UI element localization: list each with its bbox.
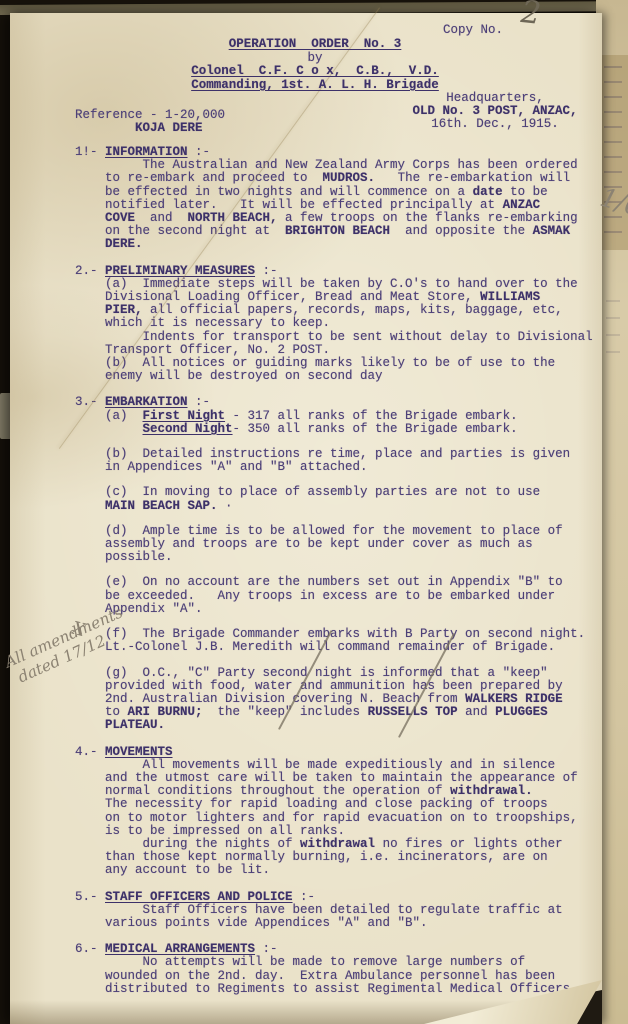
handwritten-copy-number: 2 xyxy=(520,6,541,21)
bold-text: ANZAC xyxy=(503,198,541,212)
text-segment: be exceeded. Any troops in excess are to… xyxy=(105,589,555,603)
typewritten-line: possible. xyxy=(105,551,585,564)
text-segment: on to motor lighters and for rapid evacu… xyxy=(105,811,578,825)
bold-text: PLUGGES xyxy=(495,705,548,719)
text-segment: in Appendices "A" and "B" attached. xyxy=(105,460,368,474)
headquarters-line: 16th. Dec., 1915. xyxy=(402,118,588,131)
underlined-text: MOVEMENTS xyxy=(105,745,173,759)
document-title: OPERATION ORDER No. 3 xyxy=(158,38,472,52)
order-section: 3.-EMBARKATION :-(a) First Night - 317 a… xyxy=(75,396,588,732)
text-segment: (c) In moving to place of assembly parti… xyxy=(105,485,540,499)
bold-text: PIER, xyxy=(105,303,143,317)
order-section: 5.-STAFF OFFICERS AND POLICE :- Staff Of… xyxy=(75,891,588,931)
text-segment: which it is necessary to keep. xyxy=(105,316,330,330)
text-segment: (d) Ample time is to be allowed for the … xyxy=(105,524,563,538)
officer-command: Commanding, 1st. A. L. H. Brigade xyxy=(158,79,472,93)
section-content: MOVEMENTS All movements will be made exp… xyxy=(105,746,578,878)
bold-text: DERE. xyxy=(105,237,143,251)
text-segment: (a) xyxy=(105,409,143,423)
byline: by xyxy=(158,52,472,66)
text-segment: enemy will be destroyed on second day xyxy=(105,369,383,383)
bold-text: withdrawal. xyxy=(450,784,533,798)
order-section: 4.-MOVEMENTS All movements will be made … xyxy=(75,746,588,878)
bold-text: NORTH BEACH, xyxy=(188,211,278,225)
typewritten-line: Second Night- 350 all ranks of the Briga… xyxy=(105,423,585,436)
text-segment: No attempts will be made to remove large… xyxy=(105,955,525,969)
section-number: 6.- xyxy=(75,943,105,996)
text-segment: All movements will be made expeditiously… xyxy=(105,758,555,772)
text-segment: no fires or lights other xyxy=(375,837,563,851)
headquarters-block: Headquarters, OLD No. 3 POST, ANZAC, 16t… xyxy=(402,92,588,132)
text-segment: during the nights of xyxy=(105,837,300,851)
reference-block: Reference - 1-20,000 KOJA DERE xyxy=(75,109,225,135)
typewritten-line: any account to be lit. xyxy=(105,864,578,877)
text-segment: provided with food, water and ammunition… xyxy=(105,679,563,693)
text-segment: :- xyxy=(188,395,211,409)
text-segment: (b) Detailed instructions re time, place… xyxy=(105,447,570,461)
text-segment: Lt.-Colonel J.B. Meredith will command r… xyxy=(105,640,555,654)
bold-text: withdrawal xyxy=(300,837,375,851)
text-segment: :- xyxy=(293,890,316,904)
typewritten-line: Lt.-Colonel J.B. Meredith will command r… xyxy=(105,641,585,654)
text-segment: possible. xyxy=(105,550,173,564)
underlined-text: MEDICAL ARRANGEMENTS xyxy=(105,942,255,956)
text-segment: (g) O.C., "C" Party second night is info… xyxy=(105,666,548,680)
section-number: 5.- xyxy=(75,891,105,931)
text-segment: :- xyxy=(188,145,211,159)
underlined-text: INFORMATION xyxy=(105,145,188,159)
text-segment: Staff Officers have been detailed to reg… xyxy=(105,903,563,917)
order-section: 2.-PRELIMINARY MEASURES :-(a) Immediate … xyxy=(75,265,588,384)
text-segment: Divisional Loading Officer, Bread and Me… xyxy=(105,290,480,304)
photographed-document-scene: 1/6 Copy No. 2 OPERATION ORDER No. 3 by … xyxy=(0,0,628,1024)
text-segment: The Australian and New Zealand Army Corp… xyxy=(105,158,578,172)
underlined-text: PRELIMINARY MEASURES xyxy=(105,264,255,278)
text-segment: wounded on the 2nd. day. Extra Ambulance… xyxy=(105,969,555,983)
typewritten-line: enemy will be destroyed on second day xyxy=(105,370,593,383)
text-segment: normal conditions throughout the operati… xyxy=(105,784,450,798)
typewritten-line: in Appendices "A" and "B" attached. xyxy=(105,461,585,474)
order-section: 6.-MEDICAL ARRANGEMENTS :- No attempts w… xyxy=(75,943,588,996)
text-segment: a few troops on the flanks re-embarking xyxy=(278,211,578,225)
paragraph: EMBARKATION :-(a) First Night - 317 all … xyxy=(105,396,585,436)
operation-order-page: Copy No. 2 OPERATION ORDER No. 3 by Colo… xyxy=(10,13,602,1024)
typewritten-line: PLATEAU. xyxy=(105,719,585,732)
text-segment: The necessity for rapid loading and clos… xyxy=(105,797,548,811)
text-segment: assembly and troops are to be kept under… xyxy=(105,537,533,551)
section-number: 1!- xyxy=(75,146,105,252)
text-segment: to re-embark and proceed to xyxy=(105,171,323,185)
paragraph: STAFF OFFICERS AND POLICE :- Staff Offic… xyxy=(105,891,563,931)
text-segment: various points vide Appendices "A" and "… xyxy=(105,916,428,930)
text-segment: :- xyxy=(255,264,278,278)
bold-text: COVE xyxy=(105,211,135,225)
text-segment: to be xyxy=(503,185,548,199)
bold-text: ARI BURNU; xyxy=(128,705,203,719)
text-segment: distributed to Regiments to assist Regim… xyxy=(105,982,578,996)
typewritten-line: various points vide Appendices "A" and "… xyxy=(105,917,563,930)
text-segment: and xyxy=(458,705,496,719)
bold-text: PLATEAU. xyxy=(105,718,165,732)
text-segment: than those kept normally burning, i.e. i… xyxy=(105,850,548,864)
bold-text: MAIN BEACH SAP. xyxy=(105,499,218,513)
reference-map-name: KOJA DERE xyxy=(75,122,225,135)
text-segment: · xyxy=(218,499,233,513)
paragraph: MOVEMENTS All movements will be made exp… xyxy=(105,746,578,878)
order-section: 1!-INFORMATION :- The Australian and New… xyxy=(75,146,588,252)
typewritten-line: distributed to Regiments to assist Regim… xyxy=(105,983,578,996)
typewritten-line: on the second night at BRIGHTON BEACH an… xyxy=(105,225,578,238)
text-segment: and xyxy=(135,211,188,225)
paragraph: (d) Ample time is to be allowed for the … xyxy=(105,525,585,565)
paragraph: (e) On no account are the numbers set ou… xyxy=(105,576,585,616)
paragraph: MEDICAL ARRANGEMENTS :- No attempts will… xyxy=(105,943,578,996)
section-content: STAFF OFFICERS AND POLICE :- Staff Offic… xyxy=(105,891,563,931)
text-segment: (e) On no account are the numbers set ou… xyxy=(105,575,563,589)
text-segment: and the utmost care will be taken to mai… xyxy=(105,771,578,785)
text-segment: - 350 all ranks of the Brigade embark. xyxy=(233,422,518,436)
document-body: 1!-INFORMATION :- The Australian and New… xyxy=(10,146,602,996)
text-segment: The re-embarkation will xyxy=(375,171,570,185)
bold-text: MUDROS. xyxy=(323,171,376,185)
bold-text: date xyxy=(473,185,503,199)
typewritten-line: assembly and troops are to be kept under… xyxy=(105,538,585,551)
underlined-text: Second Night xyxy=(143,422,233,436)
underlying-page-faint-text xyxy=(606,300,620,360)
typewritten-line: MAIN BEACH SAP. · xyxy=(105,500,585,513)
text-segment xyxy=(105,422,143,436)
bold-text: WALKERS RIDGE xyxy=(465,692,563,706)
paragraph: (c) In moving to place of assembly parti… xyxy=(105,486,585,512)
typewritten-line: Appendix "A". xyxy=(105,603,585,616)
paragraph: (g) O.C., "C" Party second night is info… xyxy=(105,667,585,733)
text-segment: (b) All notices or guiding marks likely … xyxy=(105,356,555,370)
text-segment: 2nd. Australian Division covering N. Bea… xyxy=(105,692,465,706)
underlined-text: STAFF OFFICERS AND POLICE xyxy=(105,890,293,904)
copy-number-label: Copy No. xyxy=(443,24,503,37)
paragraph: INFORMATION :- The Australian and New Ze… xyxy=(105,146,578,252)
bold-text: WILLIAMS xyxy=(480,290,540,304)
text-segment: (f) The Brigade Commander embarks with B… xyxy=(105,627,585,641)
text-segment: Indents for transport to be sent without… xyxy=(105,330,593,344)
section-number: 3.- xyxy=(75,396,105,732)
underlined-text: First Night xyxy=(143,409,226,423)
text-segment: Transport Officer, No. 2 POST. xyxy=(105,343,330,357)
section-content: EMBARKATION :-(a) First Night - 317 all … xyxy=(105,396,585,732)
typewritten-line: to ARI BURNU; the "keep" includes RUSSEL… xyxy=(105,706,585,719)
underlined-text: EMBARKATION xyxy=(105,395,188,409)
typewritten-line: DERE. xyxy=(105,238,578,251)
text-segment: :- xyxy=(255,942,278,956)
text-segment: - 317 all ranks of the Brigade embark. xyxy=(225,409,518,423)
officer-name: Colonel C.F. C o x, C.B., V.D. xyxy=(158,65,472,79)
text-segment: any account to be lit. xyxy=(105,863,270,877)
text-segment: all official papers, records, maps, kits… xyxy=(143,303,563,317)
text-segment: on the second night at xyxy=(105,224,285,238)
page-header: Copy No. 2 OPERATION ORDER No. 3 by Colo… xyxy=(10,13,602,146)
section-content: MEDICAL ARRANGEMENTS :- No attempts will… xyxy=(105,943,578,996)
text-segment: is to be impressed on all ranks. xyxy=(105,824,345,838)
paragraph: (f) The Brigade Commander embarks with B… xyxy=(105,628,585,654)
section-number: 2.- xyxy=(75,265,105,384)
title-block: OPERATION ORDER No. 3 by Colonel C.F. C … xyxy=(158,38,472,92)
bold-text: BRIGHTON BEACH xyxy=(285,224,390,238)
section-number: 4.- xyxy=(75,746,105,878)
bold-text: ASMAK xyxy=(533,224,571,238)
text-segment: be effected in two nights and will comme… xyxy=(105,185,473,199)
text-segment: notified later. It will be effected prin… xyxy=(105,198,503,212)
paragraph: (b) Detailed instructions re time, place… xyxy=(105,448,585,474)
text-segment: to xyxy=(105,705,128,719)
section-content: INFORMATION :- The Australian and New Ze… xyxy=(105,146,578,252)
text-segment: and opposite the xyxy=(390,224,533,238)
